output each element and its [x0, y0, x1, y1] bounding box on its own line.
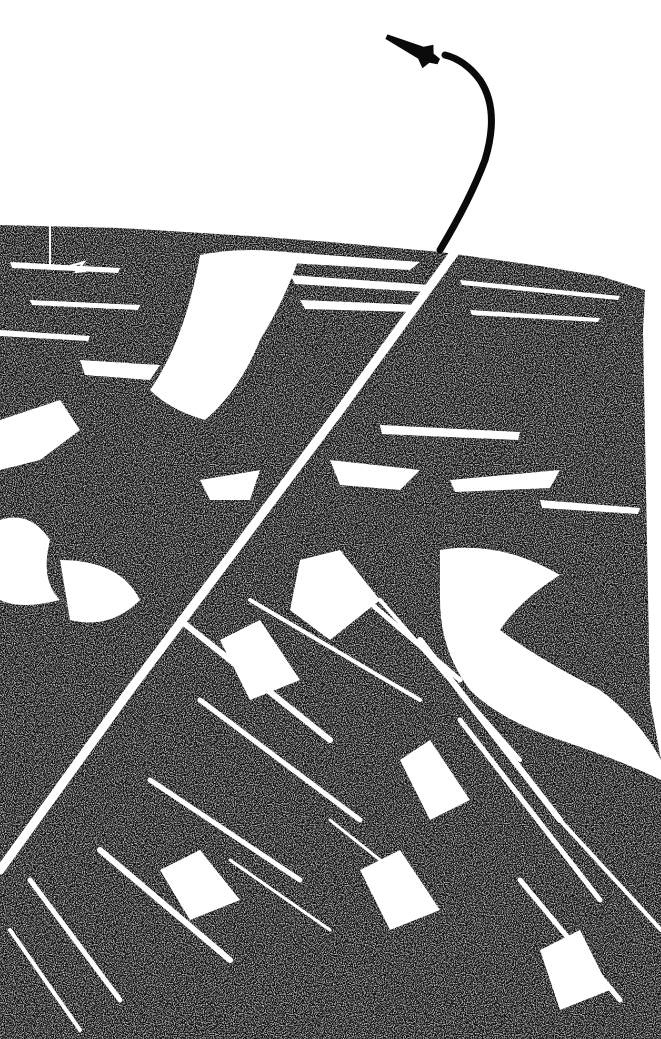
illustration-canvas — [0, 0, 661, 1039]
